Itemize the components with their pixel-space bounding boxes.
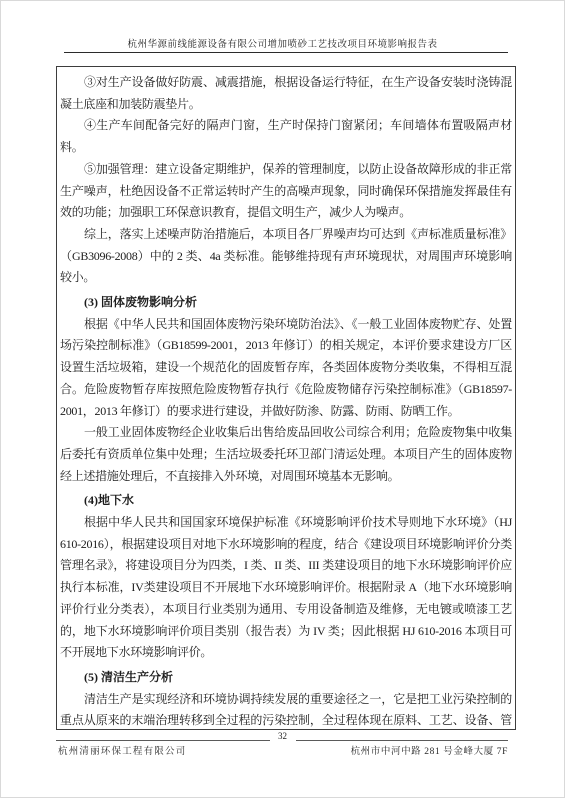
section-heading: (3) 固体废物影响分析 [60,292,512,314]
content-box: ③对生产设备做好防震、减震措施，根据设备运行特征，在生产设备安装时浇铸混凝土底座… [56,66,516,730]
document-page: 杭州华源前线能源设备有限公司增加喷砂工艺技改项目环境影响报告表 ③对生产设备做好… [0,0,565,798]
paragraph: 综上，落实上述噪声防治措施后，本项目各厂界噪声均可达到《声标准质量标准》（GB3… [60,224,512,289]
footer-address: 杭州市中河中路 281 号金峰大厦 7F [351,743,508,757]
paragraph: 一般工业固体废物经企业收集后出售给废品回收公司综合利用；危险废物集中收集后委托有… [60,422,512,487]
footer-rule-right [296,740,508,741]
running-header-title: 杭州华源前线能源设备有限公司增加喷砂工艺技改项目环境影响报告表 [0,36,565,50]
paragraph: 根据《中华人民共和国固体废物污染环境防治法》、《一般工业固体废物贮存、处置场污染… [60,314,512,423]
footer-rule-left [56,740,270,741]
paragraph: ③对生产设备做好防震、减震措施，根据设备运行特征，在生产设备安装时浇铸混凝土底座… [60,72,512,115]
paragraph: ⑤加强管理：建立设备定期维护，保养的管理制度，以防止设备故障形成的非正常生产噪声… [60,159,512,224]
header-rule [64,52,508,53]
section-heading: (4)地下水 [60,490,512,512]
footer-company: 杭州清丽环保工程有限公司 [58,743,186,757]
paragraph: ④生产车间配备完好的隔声门窗，生产时保持门窗紧闭；车间墙体布置吸隔声材料。 [60,115,512,158]
paragraph: 清洁生产是实现经济和环境协调持续发展的重要途径之一，它是把工业污染控制的重点从原… [60,689,512,730]
paragraph: 根据中华人民共和国国家环境保护标准《环境影响评价技术导则地下水环境》（HJ 61… [60,512,512,664]
section-heading: (5) 清洁生产分析 [60,667,512,689]
